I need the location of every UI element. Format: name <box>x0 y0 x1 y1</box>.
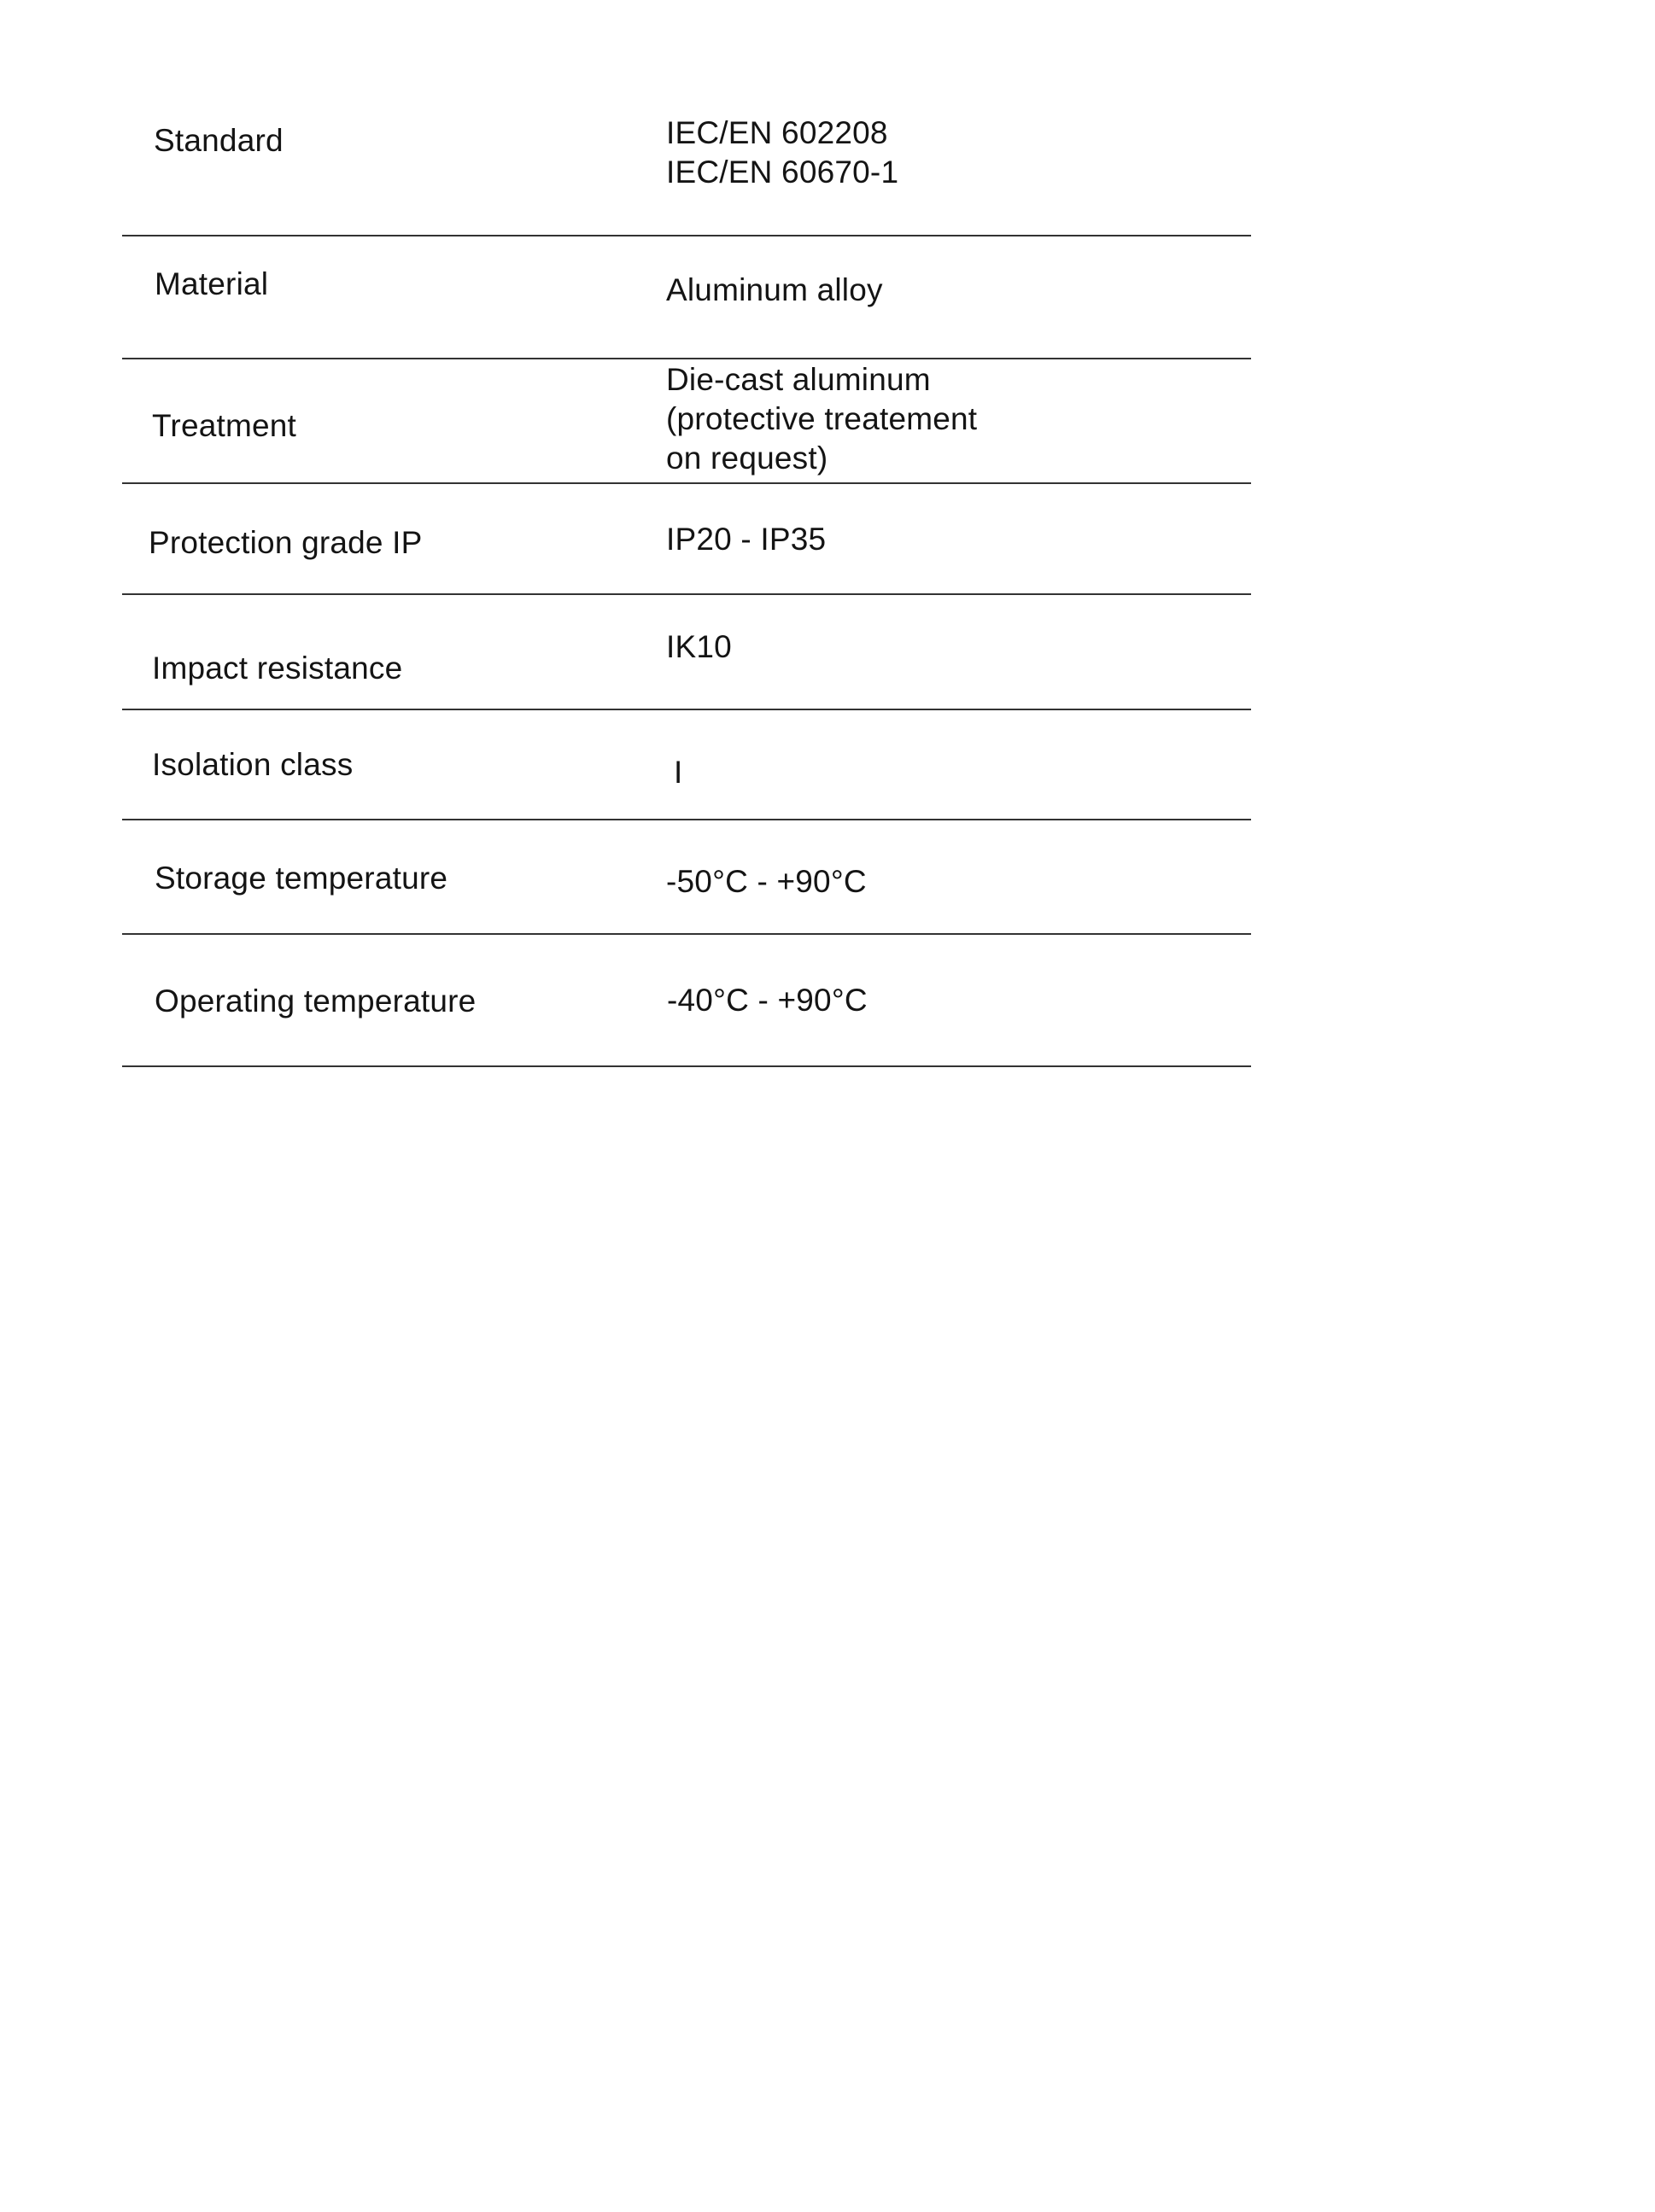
row-value-isolation-class: I <box>674 753 682 792</box>
row-value-standard: IEC/EN 602208 IEC/EN 60670-1 <box>666 114 898 192</box>
row-value-operating-temperature: -40°C - +90°C <box>667 981 868 1020</box>
row-label-operating-temperature: Operating temperature <box>155 982 476 1021</box>
row-divider <box>122 482 1251 484</box>
row-value-impact-resistance: IK10 <box>666 627 732 667</box>
row-value-protection-grade: IP20 - IP35 <box>666 520 826 559</box>
row-value-material: Aluminum alloy <box>666 271 883 310</box>
row-divider <box>122 933 1251 935</box>
row-label-standard: Standard <box>154 121 284 161</box>
row-label-impact-resistance: Impact resistance <box>152 649 402 688</box>
row-label-protection-grade: Protection grade IP <box>149 523 423 563</box>
row-divider <box>122 358 1251 359</box>
row-divider <box>122 709 1251 710</box>
row-label-material: Material <box>155 265 268 304</box>
row-divider <box>122 593 1251 595</box>
row-divider <box>122 235 1251 236</box>
row-divider <box>122 819 1251 820</box>
row-label-storage-temperature: Storage temperature <box>155 859 447 898</box>
row-label-treatment: Treatment <box>152 406 296 446</box>
row-value-treatment: Die-cast aluminum (protective treatement… <box>666 360 977 478</box>
row-divider <box>122 1065 1251 1067</box>
row-value-storage-temperature: -50°C - +90°C <box>666 862 867 902</box>
row-label-isolation-class: Isolation class <box>152 745 353 785</box>
